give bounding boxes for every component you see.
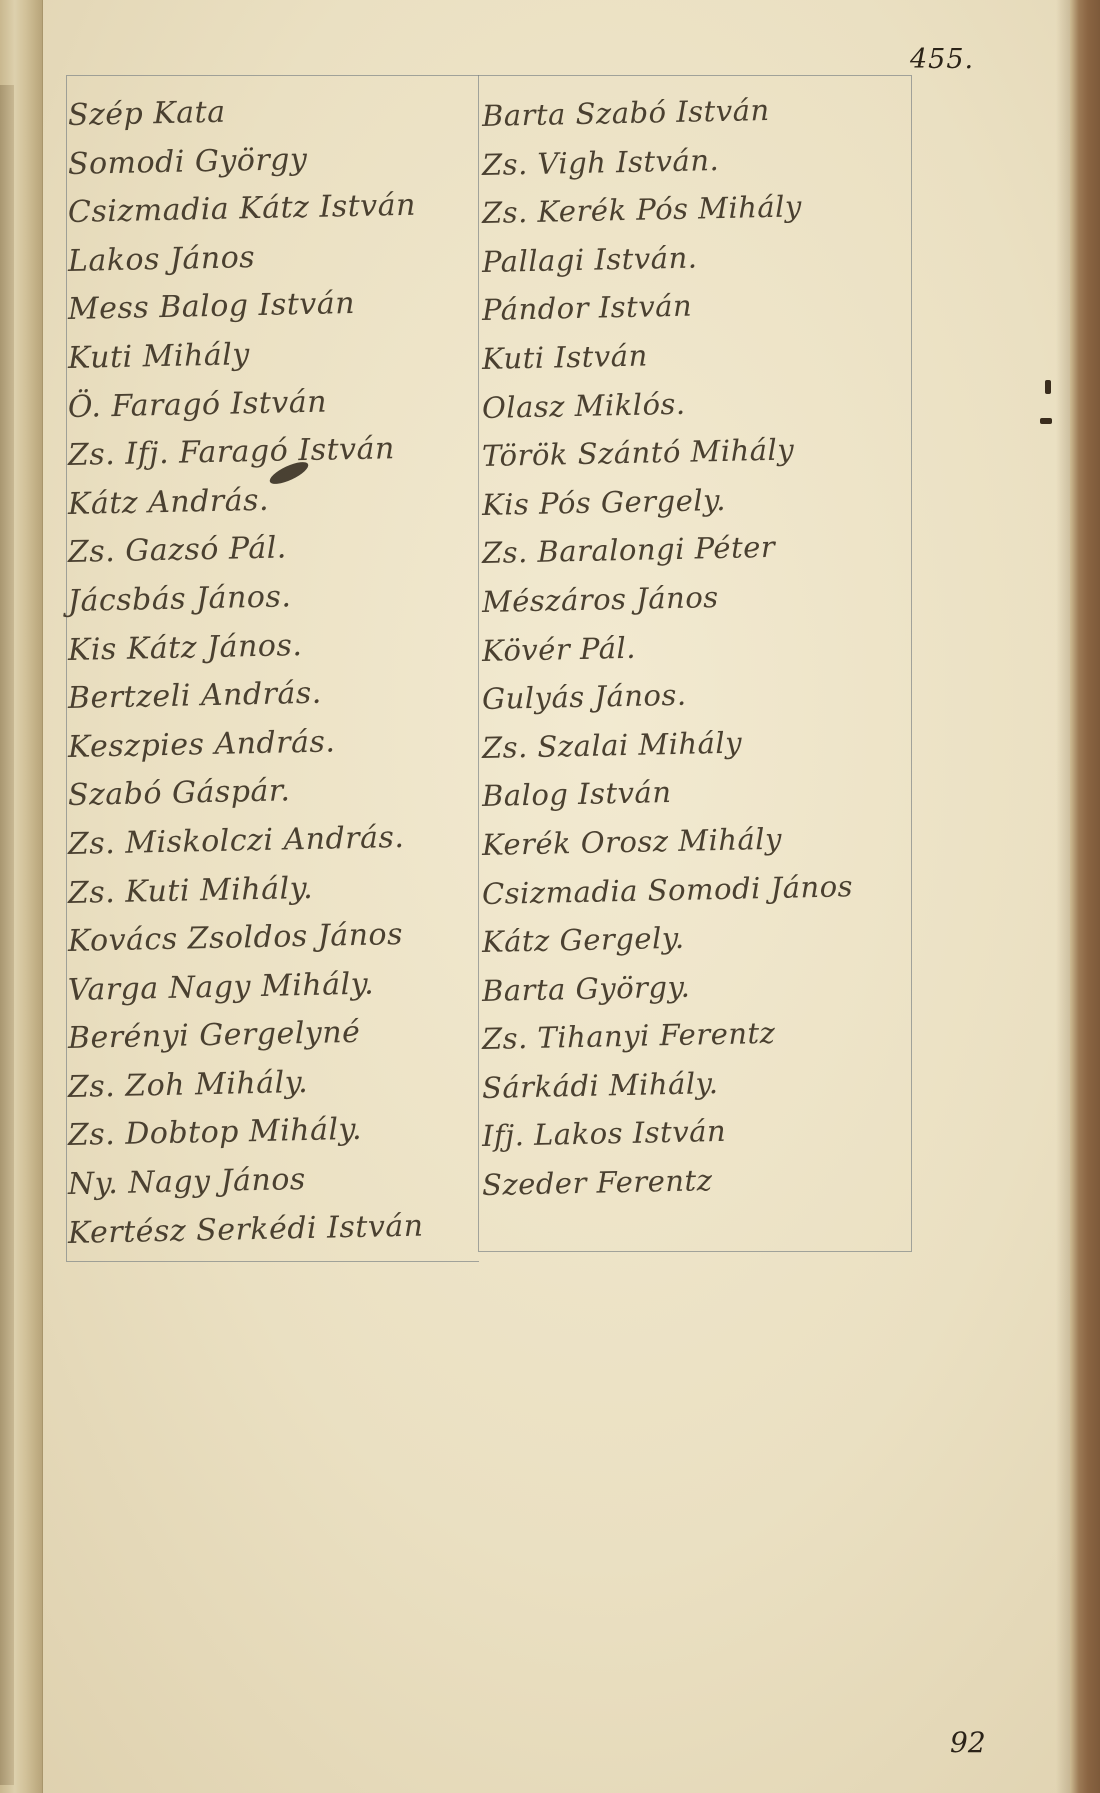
register-entry: Mess Balog István [67, 278, 488, 335]
register-entry: Kerék Orosz Mihály [481, 812, 912, 870]
register-entry: Berényi Gergelyné [67, 1006, 488, 1063]
fore-edge-shadow [1056, 0, 1070, 1793]
register-entry: Kovács Zsoldos János [67, 909, 488, 966]
folio-number: 455. [910, 44, 974, 75]
register-entry: Szeder Ferentz [481, 1152, 912, 1210]
register-entry: Kuti István [481, 326, 912, 384]
register-entry: Bertzeli András. [67, 666, 488, 723]
register-entry: Zs. Tihanyi Ferentz [481, 1006, 912, 1064]
register-entry: Csizmadia Kátz István [67, 180, 488, 237]
register-entry: Török Szántó Mihály [481, 423, 912, 481]
name-list-left: Szép Kata Somodi György Csizmadia Kátz I… [68, 92, 488, 1258]
register-entry: Zs. Kerék Pós Mihály [481, 180, 912, 238]
name-list-right: Barta Szabó István Zs. Vigh István. Zs. … [482, 92, 912, 1210]
register-entry: Szép Kata [67, 83, 488, 140]
register-entry: Jácsbás János. [67, 569, 488, 626]
register-entry: Kuti Mihály [67, 326, 488, 383]
register-entry: Balog István [481, 763, 912, 821]
register-entry: Kátz Gergely. [481, 909, 912, 967]
register-entry: Kertész Serkédi István [67, 1201, 488, 1258]
sheet-number: 92 [950, 1726, 986, 1759]
facing-page-edge [0, 85, 14, 1785]
ink-mark [1045, 380, 1051, 394]
register-entry: Ny. Nagy János [67, 1152, 488, 1209]
register-entry: Zs. Kuti Mihály. [67, 861, 488, 918]
register-entry: Mészáros János [481, 569, 912, 627]
register-entry: Zs. Miskolczi András. [67, 812, 488, 869]
book-fore-edge [1070, 0, 1100, 1793]
binding-gutter [0, 0, 43, 1793]
ink-mark [1040, 418, 1052, 424]
register-entry: Gulyás János. [481, 666, 912, 724]
register-entry: Zs. Baralongi Péter [481, 520, 912, 578]
manuscript-page: 455. Szép Kata Somodi György Csizmadia K… [0, 0, 1100, 1793]
register-entry: Barta Szabó István [481, 83, 912, 141]
register-entry: Szabó Gáspár. [67, 764, 488, 821]
register-entry: Zs. Dobtop Mihály. [67, 1104, 488, 1161]
register-entry: Zs. Gazsó Pál. [67, 521, 488, 578]
